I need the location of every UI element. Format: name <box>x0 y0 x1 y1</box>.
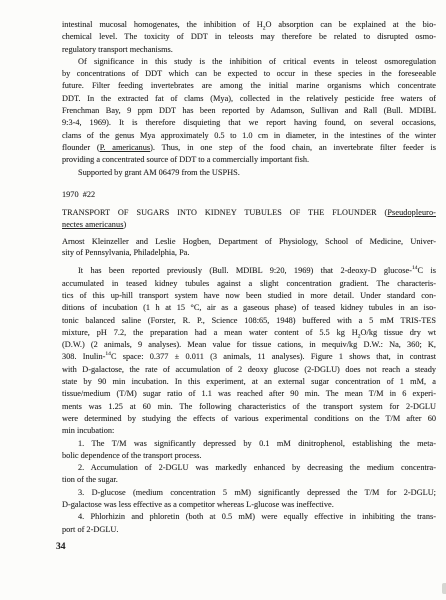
text-line: port of 2-DGLU. <box>62 524 436 536</box>
text-line: nectes americanus) <box>62 219 436 231</box>
significance-paragraph: Of significance in this study is the inh… <box>62 56 436 167</box>
text-line: min incubation: <box>62 425 436 437</box>
text-line: were determined by studying the effects … <box>62 413 436 425</box>
text-line: regulatory transport mechanisms. <box>62 44 436 56</box>
entry-number: 1970 #22 <box>62 189 436 201</box>
continuation-paragraph: intestinal mucosal homogenates, the inhi… <box>62 19 436 56</box>
page-number: 34 <box>56 542 66 552</box>
scanned-page: intestinal mucosal homogenates, the inhi… <box>0 0 446 600</box>
text-line: tonic balanced saline (Forster, R. P., S… <box>62 315 436 327</box>
text-line: TRANSPORT OF SUGARS INTO KIDNEY TUBULES … <box>62 207 436 219</box>
text-line: flounder (P. americanus). Thus, in one s… <box>62 142 436 154</box>
text-line: DDT. In the extracted fat of clams (Mya)… <box>62 93 436 105</box>
text-line: sity of Pennsylvania, Philadelphia, Pa. <box>62 248 436 259</box>
text-line: Frenchman Bay, 9 ppm DDT has been report… <box>62 105 436 117</box>
text-line: future. Filter feeding invertebrates are… <box>62 80 436 92</box>
text-line: intestinal mucosal homogenates, the inhi… <box>62 19 436 31</box>
text-line: providing a concentrated source of DDT t… <box>62 154 436 166</box>
text-line: bolic dependence of the transport proces… <box>62 450 436 462</box>
text-line: 4. Phlorhizin and phloretin (both at 0.5… <box>62 511 436 523</box>
abstract-title: TRANSPORT OF SUGARS INTO KIDNEY TUBULES … <box>62 207 436 232</box>
text-line: tics of this up-hill transport system ha… <box>62 290 436 302</box>
text-line: state by 90 min incubation. In this expe… <box>62 376 436 388</box>
abstract-authors: Arnost Kleinzeller and Leslie Hogben, De… <box>62 237 436 259</box>
finding-2: 2. Accumulation of 2-DGLU was markedly e… <box>62 462 436 487</box>
text-line: Arnost Kleinzeller and Leslie Hogben, De… <box>62 237 436 248</box>
text-line: 2. Accumulation of 2-DGLU was markedly e… <box>62 462 436 474</box>
text-line: ditions of incubation (1 h at 15 °C, air… <box>62 302 436 314</box>
text-line: tissue/medium (T/M) sugar ratio of 1.1 w… <box>62 388 436 400</box>
text-line: D-galactose was less effective as a comp… <box>62 499 436 511</box>
abstract-body: It has been reported previously (Bull. M… <box>62 265 436 437</box>
support-note: Supported by grant AM 06479 from the USP… <box>62 167 436 179</box>
text-line: 1. The T/M was significantly depressed b… <box>62 438 436 450</box>
text-line: chemical level. The toxicity of DDT in t… <box>62 31 436 43</box>
text-line: by concentrations of DDT which can be ex… <box>62 68 436 80</box>
text-line: with D-galactose, the rate of accumulati… <box>62 364 436 376</box>
scan-edge-artifact <box>442 583 446 594</box>
text-line: accumulated in teased kidney tubules aga… <box>62 278 436 290</box>
text-line: 9:3-4, 1969). It is therefore disquietin… <box>62 117 436 129</box>
page-content: intestinal mucosal homogenates, the inhi… <box>62 19 436 536</box>
finding-3: 3. D-glucose (medium concentration 5 mM)… <box>62 487 436 512</box>
text-line: It has been reported previously (Bull. M… <box>62 265 436 277</box>
finding-1: 1. The T/M was significantly depressed b… <box>62 438 436 463</box>
text-line: Supported by grant AM 06479 from the USP… <box>62 167 436 179</box>
text-line: 308. Inulin-14C space: 0.377 ± 0.011 (3 … <box>62 351 436 363</box>
text-line: mixture, pH 7.2, the preparation had a m… <box>62 327 436 339</box>
text-line: Of significance in this study is the inh… <box>62 56 436 68</box>
finding-4: 4. Phlorhizin and phloretin (both at 0.5… <box>62 511 436 536</box>
text-line: clams of the genus Mya approximately 0.5… <box>62 130 436 142</box>
text-line: 1970 #22 <box>62 189 436 201</box>
text-line: 3. D-glucose (medium concentration 5 mM)… <box>62 487 436 499</box>
text-line: ments was 1.25 at 60 min. The following … <box>62 401 436 413</box>
text-line: tion of the sugar. <box>62 474 436 486</box>
text-line: (D.W.) (2 animals, 9 analyses). Mean val… <box>62 339 436 351</box>
